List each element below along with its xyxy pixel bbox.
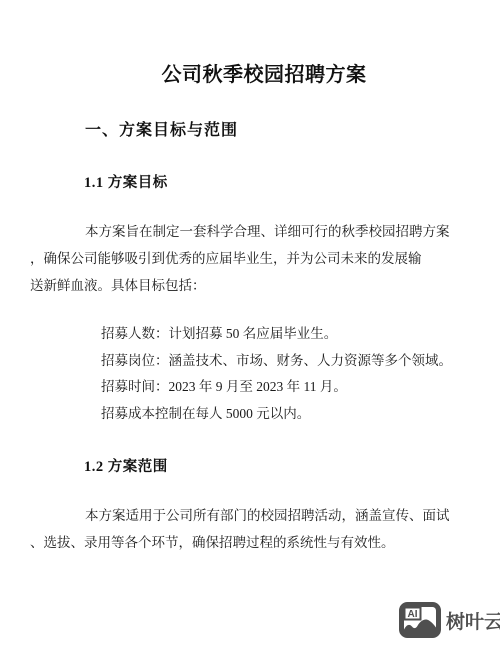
watermark: AI 树叶云 (399, 602, 500, 638)
svg-text:AI: AI (408, 609, 418, 620)
paragraph-plan-scope: 本方案适用于公司所有部门的校园招聘活动，涵盖宣传、面试 、选拔、录用等各个环节，… (30, 503, 475, 556)
paragraph-line: ，确保公司能够吸引到优秀的应届毕业生，并为公司未来的发展输 (30, 245, 475, 272)
subsection-heading-1-2: 1.2 方案范围 (84, 455, 168, 476)
list-item: 招募成本控制在每人 5000 元以内。 (101, 401, 452, 428)
list-item: 招募时间：2023 年 9 月至 2023 年 11 月。 (101, 374, 452, 401)
section-heading: 一、方案目标与范围 (85, 117, 238, 140)
ai-image-icon: AI (399, 602, 441, 638)
paragraph-line: 本方案旨在制定一套科学合理、详细可行的秋季校园招聘方案 (30, 218, 475, 245)
list-item: 招募人数：计划招募 50 名应届毕业生。 (101, 321, 452, 348)
goal-list: 招募人数：计划招募 50 名应届毕业生。 招募岗位：涵盖技术、市场、财务、人力资… (101, 321, 452, 427)
document-page: 公司秋季校园招聘方案 一、方案目标与范围 1.1 方案目标 本方案旨在制定一套科… (0, 0, 500, 647)
paragraph-plan-goals: 本方案旨在制定一套科学合理、详细可行的秋季校园招聘方案 ，确保公司能够吸引到优秀… (30, 218, 475, 299)
list-item: 招募岗位：涵盖技术、市场、财务、人力资源等多个领域。 (101, 348, 452, 375)
paragraph-line: 本方案适用于公司所有部门的校园招聘活动，涵盖宣传、面试 (30, 503, 475, 530)
paragraph-line: 、选拔、录用等各个环节，确保招聘过程的系统性与有效性。 (30, 530, 475, 557)
paragraph-line: 送新鲜血液。具体目标包括： (30, 272, 475, 299)
document-title: 公司秋季校园招聘方案 (30, 58, 498, 87)
subsection-heading-1-1: 1.1 方案目标 (84, 171, 168, 192)
watermark-label: 树叶云 (446, 607, 500, 634)
